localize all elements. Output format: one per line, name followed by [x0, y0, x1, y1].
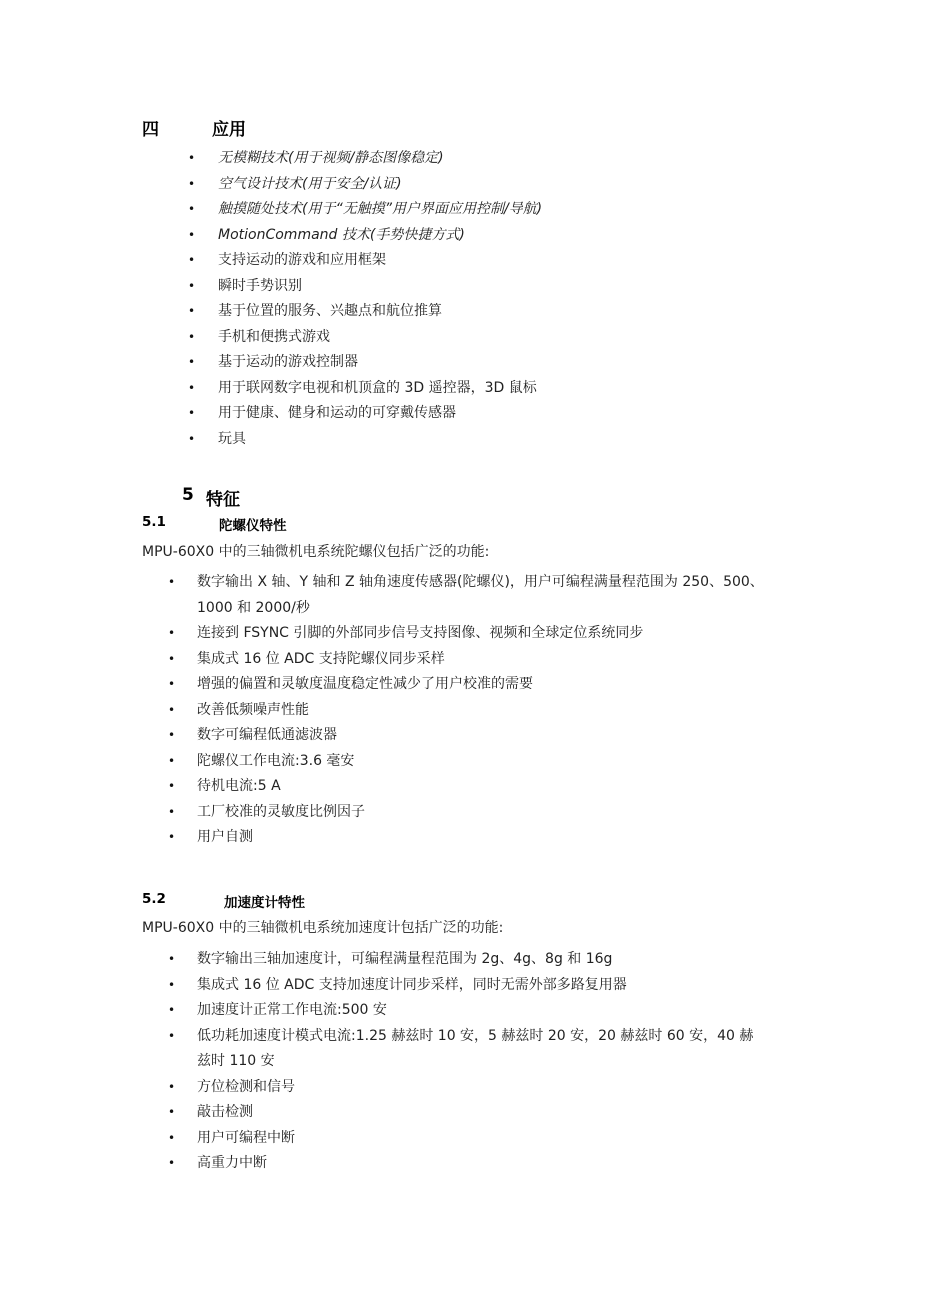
bullet-icon: •: [168, 800, 175, 826]
section-5-2-intro: MPU-60X0 中的三轴微机电系统加速度计包括广泛的功能:: [142, 917, 503, 937]
bullet-icon: •: [168, 621, 175, 647]
list-item: •数字可编程低通滤波器: [197, 723, 764, 749]
bullet-icon: •: [168, 947, 175, 973]
list-item: •用户自测: [197, 825, 764, 851]
list-item: •陀螺仪工作电流:3.6 毫安: [197, 749, 764, 775]
bullet-icon: •: [168, 774, 175, 800]
list-item: •敲击检测: [197, 1100, 753, 1126]
list-item: •空气设计技术(用于安全/认证): [218, 172, 542, 198]
list-item: •用于健康、健身和运动的可穿戴传感器: [218, 401, 542, 427]
list-item: •用于联网数字电视和机顶盒的 3D 遥控器，3D 鼠标: [218, 376, 542, 402]
list-item: •方位检测和信号: [197, 1075, 753, 1101]
bullet-icon: •: [168, 672, 175, 698]
list-item: •瞬时手势识别: [218, 274, 542, 300]
list-item: •基于位置的服务、兴趣点和航位推算: [218, 299, 542, 325]
bullet-icon: •: [188, 376, 195, 402]
list-item: •手机和便携式游戏: [218, 325, 542, 351]
bullet-icon: •: [168, 647, 175, 673]
bullet-icon: •: [188, 427, 195, 453]
list-item: •连接到 FSYNC 引脚的外部同步信号支持图像、视频和全球定位系统同步: [197, 621, 764, 647]
bullet-icon: •: [188, 172, 195, 198]
bullet-icon: •: [168, 825, 175, 851]
bullet-icon: •: [168, 1100, 175, 1126]
list-item: •高重力中断: [197, 1151, 753, 1177]
bullet-icon: •: [168, 749, 175, 775]
bullet-icon: •: [168, 570, 175, 596]
list-item: •MotionCommand 技术(手势快捷方式): [218, 223, 542, 249]
bullet-icon: •: [188, 401, 195, 427]
bullet-icon: •: [168, 1151, 175, 1177]
chapter-4-number: 四: [142, 115, 159, 140]
list-item: •无模糊技术(用于视频/静态图像稳定): [218, 146, 542, 172]
bullet-icon: •: [188, 299, 195, 325]
list-item: •玩具: [218, 427, 542, 453]
chapter-4-title: 应用: [212, 115, 246, 140]
chapter-5-number: 5: [182, 485, 194, 505]
section-5-1-intro: MPU-60X0 中的三轴微机电系统陀螺仪包括广泛的功能:: [142, 541, 489, 561]
bullet-icon: •: [168, 1075, 175, 1101]
bullet-icon: •: [168, 1126, 175, 1152]
bullet-icon: •: [188, 350, 195, 376]
list-item: •支持运动的游戏和应用框架: [218, 248, 542, 274]
bullet-icon: •: [188, 197, 195, 223]
list-item: •用户可编程中断: [197, 1126, 753, 1152]
bullet-icon: •: [168, 973, 175, 999]
list-item: •集成式 16 位 ADC 支持加速度计同步采样，同时无需外部多路复用器: [197, 973, 753, 999]
bullet-icon: •: [188, 325, 195, 351]
bullet-icon: •: [188, 146, 195, 172]
chapter-5-title: 特征: [206, 485, 240, 510]
list-item: •数字输出三轴加速度计，可编程满量程范围为 2g、4g、8g 和 16g: [197, 947, 753, 973]
accel-features-list: •数字输出三轴加速度计，可编程满量程范围为 2g、4g、8g 和 16g •集成…: [197, 947, 753, 1177]
bullet-icon: •: [168, 723, 175, 749]
gyro-features-list: •数字输出 X 轴、Y 轴和 Z 轴角速度传感器(陀螺仪)，用户可编程满量程范围…: [197, 570, 764, 851]
list-item: •低功耗加速度计模式电流:1.25 赫兹时 10 安，5 赫兹时 20 安，20…: [197, 1024, 753, 1075]
list-item: •改善低频噪声性能: [197, 698, 764, 724]
bullet-icon: •: [188, 223, 195, 249]
applications-list: •无模糊技术(用于视频/静态图像稳定) •空气设计技术(用于安全/认证) •触摸…: [218, 146, 542, 452]
bullet-icon: •: [168, 998, 175, 1024]
list-item: •增强的偏置和灵敏度温度稳定性减少了用户校准的需要: [197, 672, 764, 698]
bullet-icon: •: [188, 248, 195, 274]
list-item: •待机电流:5 A: [197, 774, 764, 800]
list-item: •触摸随处技术(用于“无触摸”用户界面应用控制/导航): [218, 197, 542, 223]
list-item: •基于运动的游戏控制器: [218, 350, 542, 376]
section-5-1-title: 陀螺仪特性: [219, 514, 287, 534]
bullet-icon: •: [188, 274, 195, 300]
bullet-icon: •: [168, 1024, 175, 1050]
list-item: •加速度计正常工作电流:500 安: [197, 998, 753, 1024]
list-item: •数字输出 X 轴、Y 轴和 Z 轴角速度传感器(陀螺仪)，用户可编程满量程范围…: [197, 570, 764, 621]
section-5-2-title: 加速度计特性: [224, 891, 305, 911]
list-item: •集成式 16 位 ADC 支持陀螺仪同步采样: [197, 647, 764, 673]
bullet-icon: •: [168, 698, 175, 724]
section-5-2-number: 5.2: [142, 891, 166, 907]
list-item: •工厂校准的灵敏度比例因子: [197, 800, 764, 826]
section-5-1-number: 5.1: [142, 514, 166, 530]
